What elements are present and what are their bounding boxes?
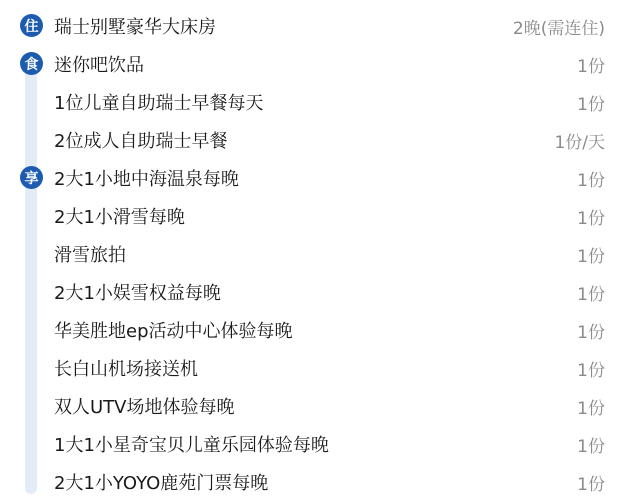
list-item: 2大1小滑雪每晚 1份 [0, 197, 625, 235]
item-quantity: 1份 [577, 242, 605, 267]
item-name: 2大1小地中海温泉每晚 [54, 165, 239, 191]
group-food: 食 迷你吧饮品 1份 1位儿童自助瑞士早餐每天 1份 2位成人自助瑞士早餐 1份… [0, 45, 625, 159]
item-name: 2大1小娱雪权益每晚 [54, 279, 221, 305]
item-quantity: 1份 [577, 166, 605, 191]
list-item: 2大1小娱雪权益每晚 1份 [0, 273, 625, 311]
item-name: 瑞士别墅豪华大床房 [54, 13, 216, 39]
item-quantity: 1份 [577, 280, 605, 305]
list-item: 华美胜地ep活动中心体验每晚 1份 [0, 311, 625, 349]
item-quantity: 1份/天 [554, 128, 605, 153]
group-stay: 住 瑞士别墅豪华大床房 2晚(需连住) [0, 7, 625, 45]
item-name: 滑雪旅拍 [54, 241, 126, 267]
item-quantity: 1份 [577, 394, 605, 419]
stay-badge-icon: 住 [20, 14, 43, 37]
list-item: 双人UTV场地体验每晚 1份 [0, 387, 625, 425]
item-quantity: 1份 [577, 432, 605, 457]
list-item: 享 2大1小地中海温泉每晚 1份 [0, 159, 625, 197]
package-items-list: 住 瑞士别墅豪华大床房 2晚(需连住) 食 迷你吧饮品 1份 1位儿童自助瑞士早… [0, 7, 625, 500]
list-item: 2大1小YOYO鹿苑门票每晚 1份 [0, 463, 625, 500]
list-item: 长白山机场接送机 1份 [0, 349, 625, 387]
item-quantity: 1份 [577, 470, 605, 495]
group-enjoy: 享 2大1小地中海温泉每晚 1份 2大1小滑雪每晚 1份 滑雪旅拍 1份 2大1… [0, 159, 625, 500]
item-quantity: 1份 [577, 90, 605, 115]
list-item: 2位成人自助瑞士早餐 1份/天 [0, 121, 625, 159]
item-name: 双人UTV场地体验每晚 [54, 393, 234, 419]
item-quantity: 1份 [577, 204, 605, 229]
list-item: 1大1小星奇宝贝儿童乐园体验每晚 1份 [0, 425, 625, 463]
food-badge-icon: 食 [20, 52, 43, 75]
item-quantity: 1份 [577, 356, 605, 381]
item-quantity: 1份 [577, 318, 605, 343]
list-item: 食 迷你吧饮品 1份 [0, 45, 625, 83]
list-item: 1位儿童自助瑞士早餐每天 1份 [0, 83, 625, 121]
enjoy-badge-icon: 享 [20, 166, 43, 189]
item-name: 2大1小YOYO鹿苑门票每晚 [54, 469, 268, 495]
list-item: 滑雪旅拍 1份 [0, 235, 625, 273]
item-name: 1大1小星奇宝贝儿童乐园体验每晚 [54, 431, 329, 457]
item-name: 华美胜地ep活动中心体验每晚 [54, 317, 293, 343]
item-name: 2大1小滑雪每晚 [54, 203, 185, 229]
item-name: 2位成人自助瑞士早餐 [54, 127, 227, 153]
item-quantity: 1份 [577, 52, 605, 77]
item-name: 迷你吧饮品 [54, 51, 144, 77]
list-item: 住 瑞士别墅豪华大床房 2晚(需连住) [0, 7, 625, 45]
item-name: 长白山机场接送机 [54, 355, 198, 381]
item-quantity: 2晚(需连住) [513, 14, 605, 39]
item-name: 1位儿童自助瑞士早餐每天 [54, 89, 263, 115]
